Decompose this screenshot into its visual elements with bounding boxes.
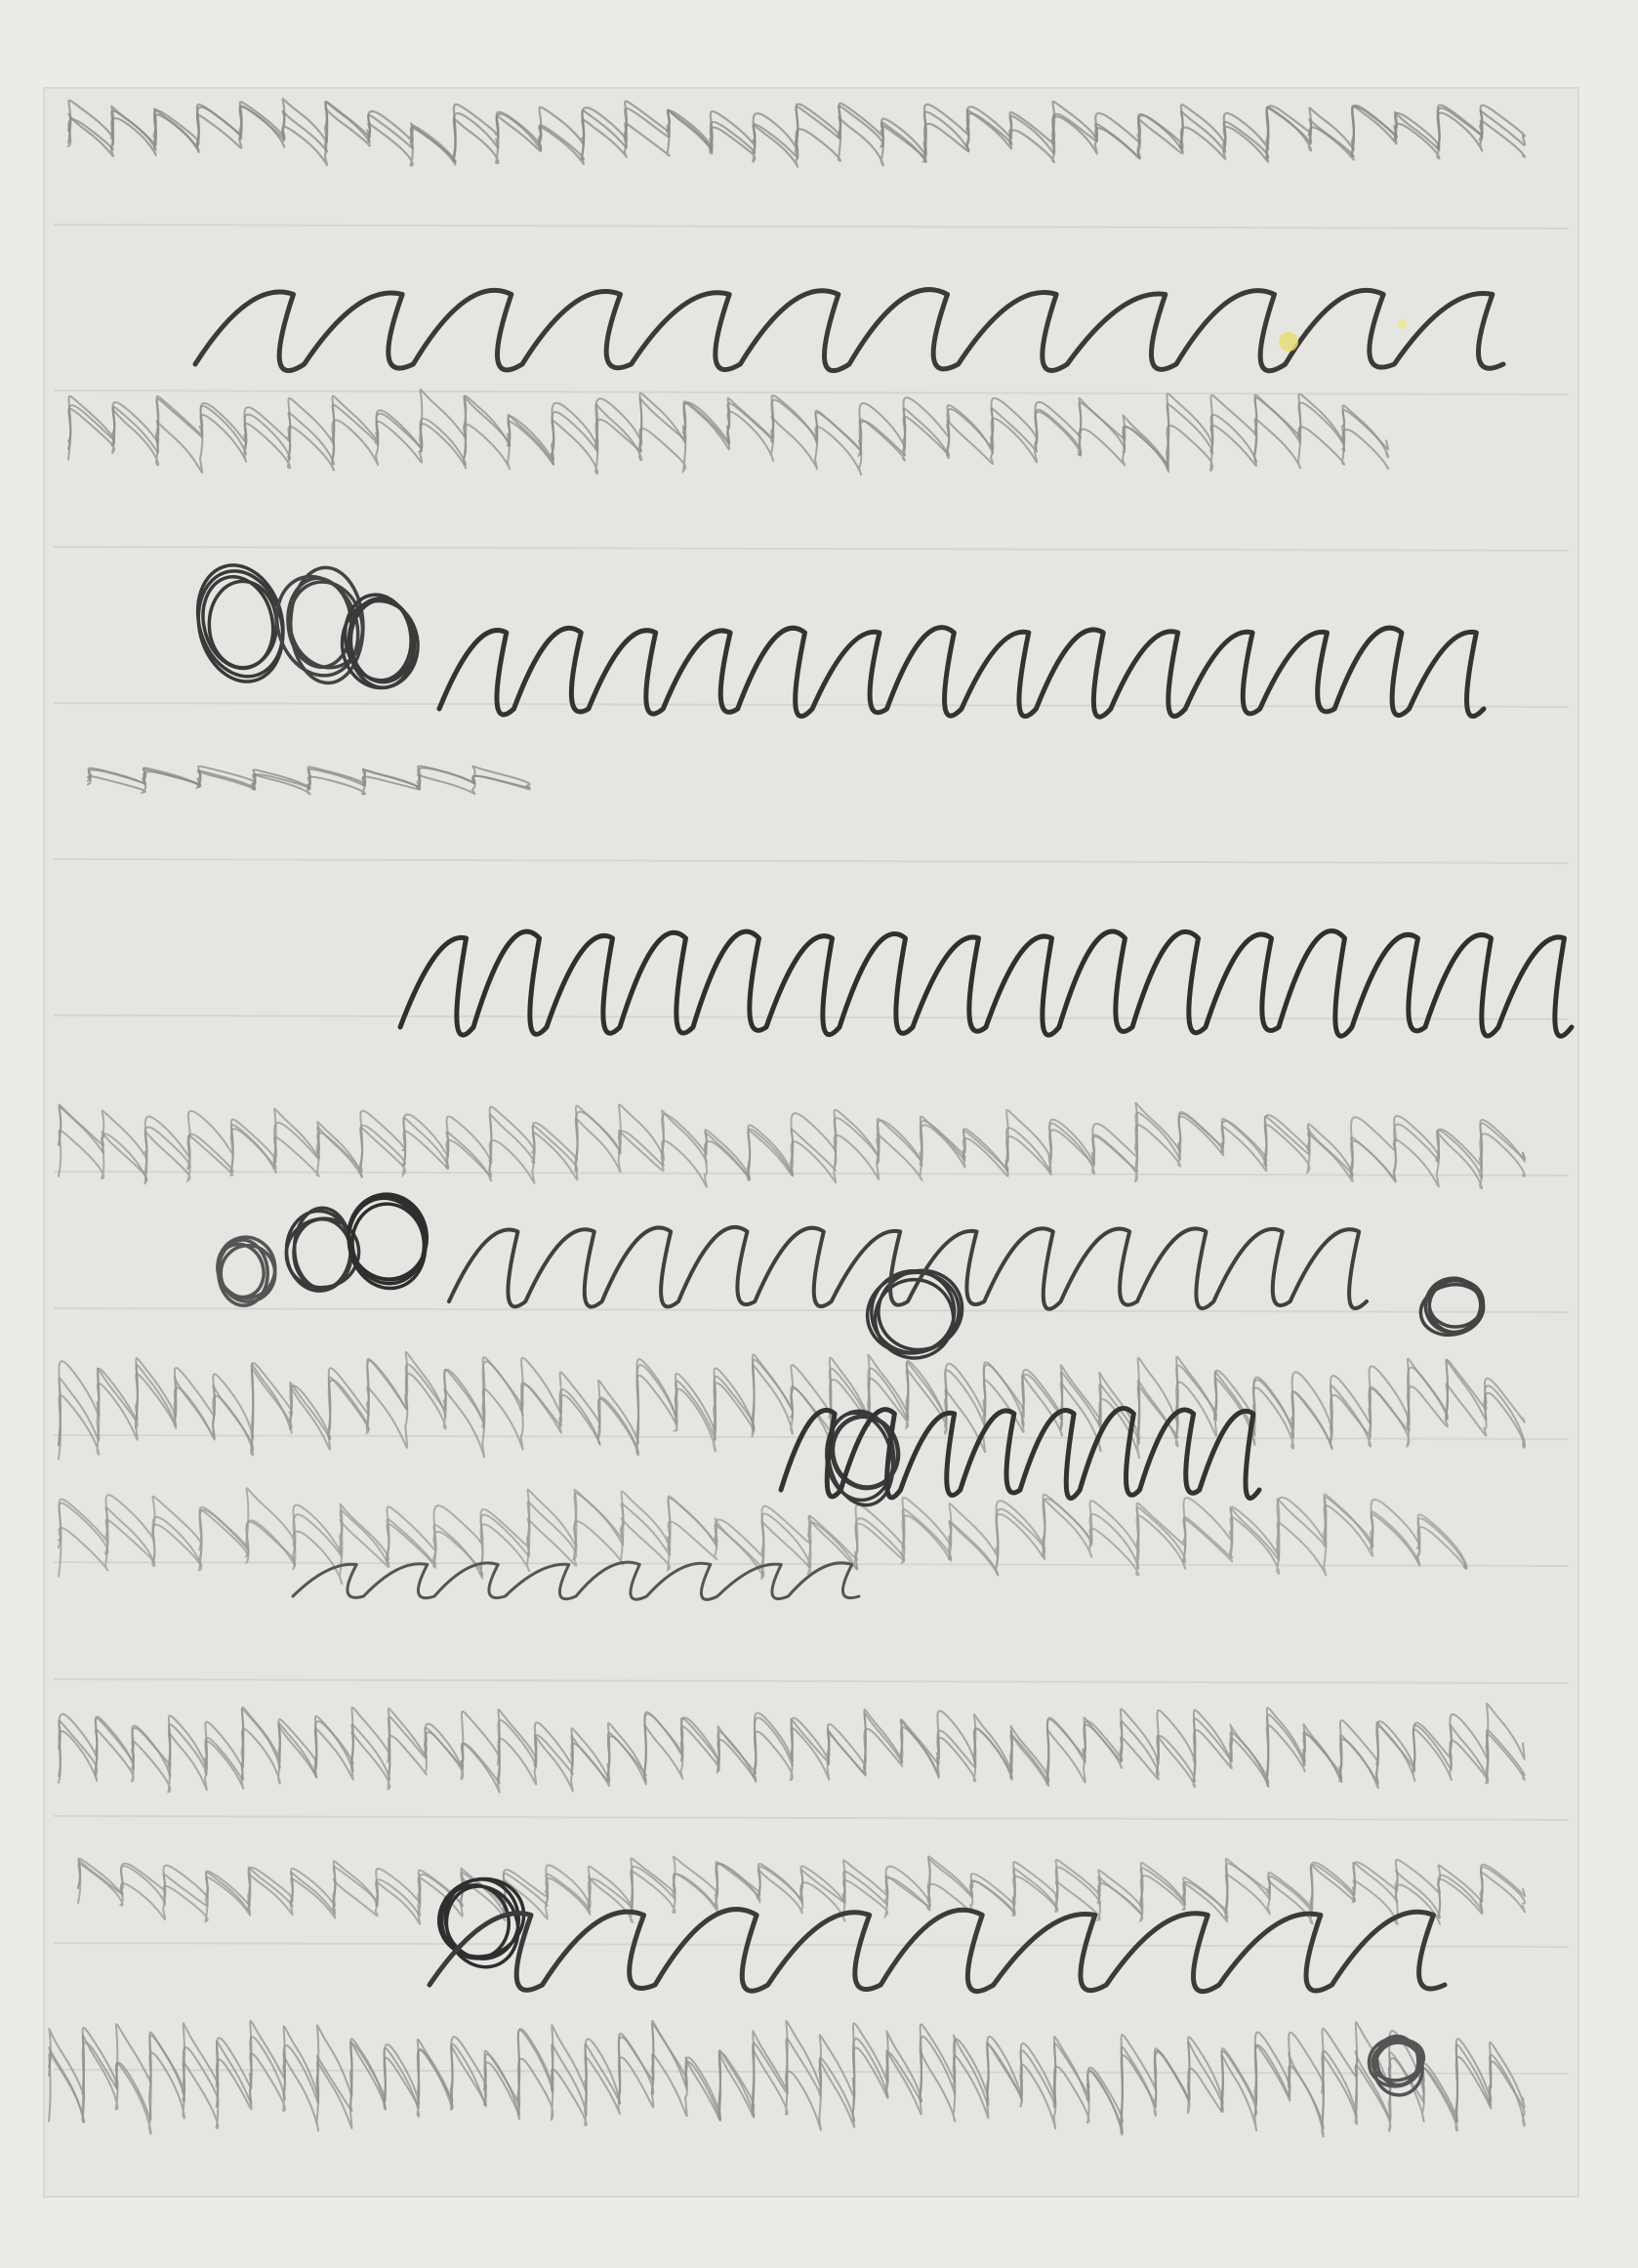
- pencil-drawing-artwork: [0, 0, 1638, 2268]
